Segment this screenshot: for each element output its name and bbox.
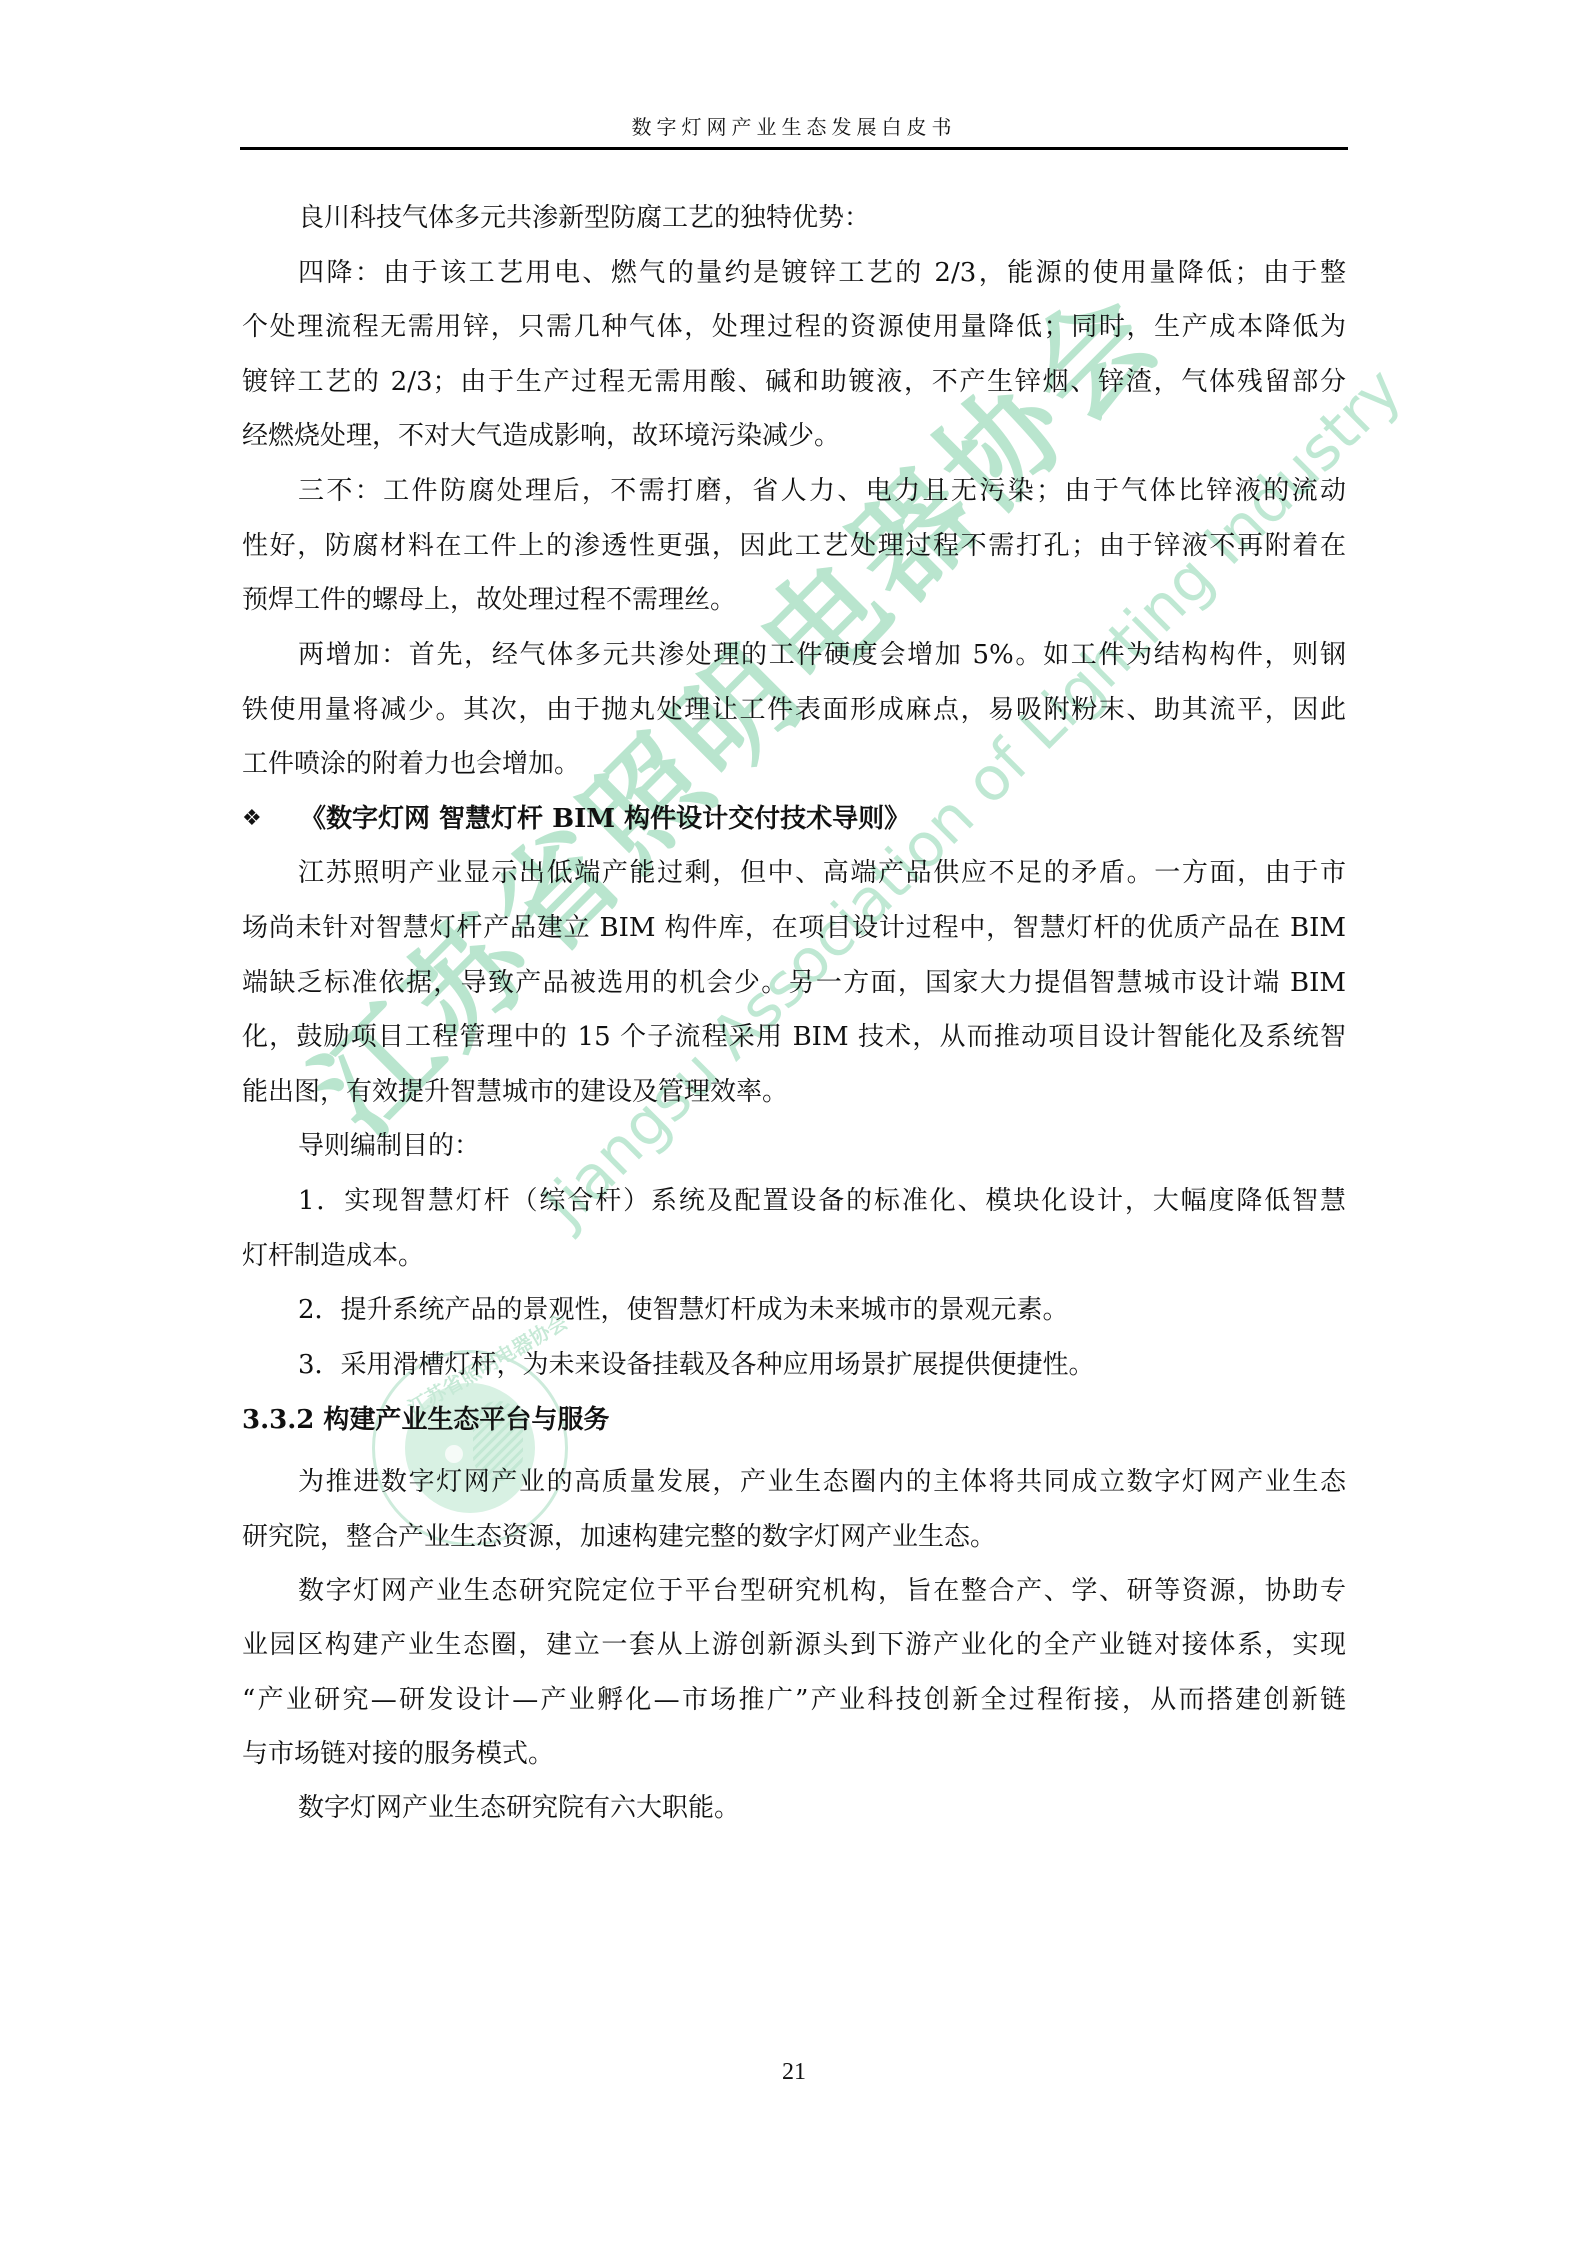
diamond-bullet-icon: ❖ [242, 799, 272, 839]
two-increases-line: 铁使用量将减少。其次，由于抛丸处理让工件表面形成麻点，易吸附粉末、助其流平，因此 [242, 690, 1346, 730]
four-reductions-line: 四降：由于该工艺用电、燃气的量约是镀锌工艺的 2/3，能源的使用量降低；由于整 [298, 253, 1346, 293]
para1-line: 研究院，整合产业生态资源，加速构建完整的数字灯网产业生态。 [242, 1517, 1346, 1557]
four-reductions-line: 个处理流程无需用锌，只需几种气体，处理过程的资源使用量降低；同时，生产成本降低为 [242, 307, 1346, 347]
section-heading-bim: 《数字灯网 智慧灯杆 BIM 构件设计交付技术导则》 [300, 799, 1346, 839]
para2-line: 业园区构建产业生态圈，建立一套从上游创新源头到下游产业化的全产业链对接体系，实现 [242, 1625, 1346, 1665]
four-reductions-line: 经燃烧处理，不对大气造成影响，故环境污染减少。 [242, 416, 1346, 456]
para2-line: 与市场链对接的服务模式。 [242, 1734, 1346, 1774]
purpose-item-1: 1．实现智慧灯杆（综合杆）系统及配置设备的标准化、模块化设计，大幅度降低智慧 [298, 1181, 1346, 1221]
bim-paragraph-line: 场尚未针对智慧灯杆产品建立 BIM 构件库，在项目设计过程中，智慧灯杆的优质产品… [242, 908, 1346, 948]
section-heading-332: 3.3.2 构建产业生态平台与服务 [242, 1400, 1346, 1440]
para2-line: 数字灯网产业生态研究院定位于平台型研究机构，旨在整合产、学、研等资源，协助专 [298, 1571, 1346, 1611]
body-content: 良川科技气体多元共渗新型防腐工艺的独特优势： 四降：由于该工艺用电、燃气的量约是… [0, 0, 1587, 2245]
three-nos-line: 预焊工件的螺母上，故处理过程不需理丝。 [242, 580, 1346, 620]
document-page: 数字灯网产业生态发展白皮书 江苏省照明电器协会 Jiangsu Associat… [0, 0, 1587, 2245]
bim-paragraph-line: 江苏照明产业显示出低端产能过剩，但中、高端产品供应不足的矛盾。一方面，由于市 [298, 853, 1346, 893]
para2-line: “产业研究—研发设计—产业孵化—市场推广”产业科技创新全过程衔接，从而搭建创新链 [242, 1680, 1346, 1720]
para3-line: 数字灯网产业生态研究院有六大职能。 [298, 1788, 1346, 1828]
bim-paragraph-line: 端缺乏标准依据，导致产品被选用的机会少。另一方面，国家大力提倡智慧城市设计端 B… [242, 963, 1346, 1003]
two-increases-line: 工件喷涂的附着力也会增加。 [242, 744, 1346, 784]
two-increases-line: 两增加：首先，经气体多元共渗处理的工件硬度会增加 5%。如工件为结构构件，则钢 [298, 635, 1346, 675]
three-nos-line: 性好，防腐材料在工件上的渗透性更强，因此工艺处理过程不需打孔；由于锌液不再附着在 [242, 526, 1346, 566]
three-nos-line: 三不：工件防腐处理后，不需打磨，省人力、电力且无污染；由于气体比锌液的流动 [298, 471, 1346, 511]
purpose-item-1-cont: 灯杆制造成本。 [242, 1236, 1346, 1276]
purpose-item-2: 2．提升系统产品的景观性，使智慧灯杆成为未来城市的景观元素。 [298, 1290, 1346, 1330]
purpose-item-3: 3．采用滑槽灯杆，为未来设备挂载及各种应用场景扩展提供便捷性。 [298, 1345, 1346, 1385]
intro-text: 良川科技气体多元共渗新型防腐工艺的独特优势： [298, 198, 1346, 238]
purpose-label: 导则编制目的： [298, 1126, 1346, 1166]
bim-paragraph-line: 化，鼓励项目工程管理中的 15 个子流程采用 BIM 技术，从而推动项目设计智能… [242, 1017, 1346, 1057]
four-reductions-line: 镀锌工艺的 2/3；由于生产过程无需用酸、碱和助镀液，不产生锌烟、锌渣，气体残留… [242, 362, 1346, 402]
para1-line: 为推进数字灯网产业的高质量发展，产业生态圈内的主体将共同成立数字灯网产业生态 [298, 1462, 1346, 1502]
bim-paragraph-line: 能出图，有效提升智慧城市的建设及管理效率。 [242, 1072, 1346, 1112]
